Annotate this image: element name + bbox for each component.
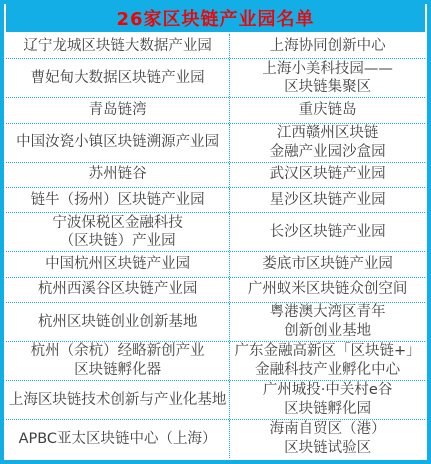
blockchain-parks-table: 26家区块链产业园名单 辽宁龙城区块链大数据产业园 上海协同创新中心 曹妃甸大数… xyxy=(0,0,431,464)
table-row: 杭州区块链创业创新基地 粤港澳大湾区青年 创新创业基地 xyxy=(6,303,425,342)
park-name-cell: APBC亚太区块链中心（上海） xyxy=(6,420,230,458)
park-name-cell: 杭州西溪谷区块链产业园 xyxy=(6,278,230,302)
table-row: 苏州链谷 武汉区块链产业园 xyxy=(6,163,425,188)
park-name-cell: 中国汝瓷小镇区块链溯源产业园 xyxy=(6,124,230,162)
park-name-cell: 江西赣州区块链 金融产业园沙盒园 xyxy=(230,124,425,162)
table-row: 中国汝瓷小镇区块链溯源产业园 江西赣州区块链 金融产业园沙盒园 xyxy=(6,124,425,163)
park-name-cell: 上海小美科技园—— 区块链集聚区 xyxy=(230,59,425,97)
park-name-cell: 杭州（余杭）经略新创产业 区块链孵化器 xyxy=(6,342,230,380)
park-name-cell: 苏州链谷 xyxy=(6,163,230,187)
table-row: 辽宁龙城区块链大数据产业园 上海协同创新中心 xyxy=(6,34,425,59)
table-row: 杭州西溪谷区块链产业园 广州蚁米区块链众创空间 xyxy=(6,278,425,303)
table-row: 中国杭州区块链产业园 娄底市区块链产业园 xyxy=(6,252,425,277)
park-name-cell: 中国杭州区块链产业园 xyxy=(6,252,230,276)
park-name-cell: 青岛链湾 xyxy=(6,98,230,122)
park-name-cell: 杭州区块链创业创新基地 xyxy=(6,303,230,341)
table-row: 杭州（余杭）经略新创产业 区块链孵化器 广东金融高新区「区块链+」 金融科技产业… xyxy=(6,342,425,381)
park-name-cell: 广东金融高新区「区块链+」 金融科技产业孵化中心 xyxy=(230,342,425,380)
table-title: 26家区块链产业园名单 xyxy=(6,4,425,32)
table-row: APBC亚太区块链中心（上海） 海南自贸区（港） 区块链试验区 xyxy=(6,420,425,458)
park-name-cell: 曹妃甸大数据区块链产业园 xyxy=(6,59,230,97)
park-name-cell: 辽宁龙城区块链大数据产业园 xyxy=(6,34,230,58)
table-body: 辽宁龙城区块链大数据产业园 上海协同创新中心 曹妃甸大数据区块链产业园 上海小美… xyxy=(6,34,425,458)
park-name-cell: 星沙区块链产业园 xyxy=(230,188,425,212)
park-name-cell: 宁波保税区金融科技 （区块链）产业园 xyxy=(6,213,230,251)
park-name-cell: 武汉区块链产业园 xyxy=(230,163,425,187)
park-name-cell: 海南自贸区（港） 区块链试验区 xyxy=(230,420,425,458)
park-name-cell: 粤港澳大湾区青年 创新创业基地 xyxy=(230,303,425,341)
park-name-cell: 重庆链岛 xyxy=(230,98,425,122)
park-name-cell: 上海协同创新中心 xyxy=(230,34,425,58)
table-row: 曹妃甸大数据区块链产业园 上海小美科技园—— 区块链集聚区 xyxy=(6,59,425,98)
table-row: 宁波保税区金融科技 （区块链）产业园 长沙区块链产业园 xyxy=(6,213,425,252)
park-name-cell: 链牛（扬州）区块链产业园 xyxy=(6,188,230,212)
table-row: 上海区块链技术创新与产业化基地 广州城投·中关村e谷 区块链孵化园 xyxy=(6,381,425,420)
park-name-cell: 广州城投·中关村e谷 区块链孵化园 xyxy=(230,381,425,419)
table-row: 青岛链湾 重庆链岛 xyxy=(6,98,425,123)
park-name-cell: 长沙区块链产业园 xyxy=(230,213,425,251)
park-name-cell: 娄底市区块链产业园 xyxy=(230,252,425,276)
park-name-cell: 上海区块链技术创新与产业化基地 xyxy=(6,381,230,419)
park-name-cell: 广州蚁米区块链众创空间 xyxy=(230,278,425,302)
table-row: 链牛（扬州）区块链产业园 星沙区块链产业园 xyxy=(6,188,425,213)
